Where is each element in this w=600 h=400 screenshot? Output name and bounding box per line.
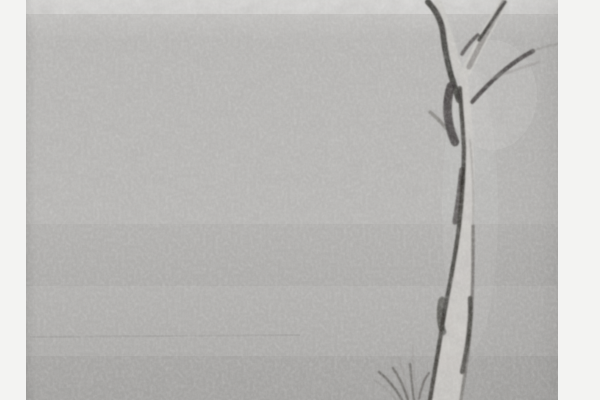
- scanned-artwork: [0, 0, 600, 400]
- right-margin: [558, 0, 600, 400]
- paper-grain-fine-overlay: [26, 0, 558, 400]
- ink-painting-canvas: [0, 0, 600, 400]
- left-margin: [0, 0, 26, 400]
